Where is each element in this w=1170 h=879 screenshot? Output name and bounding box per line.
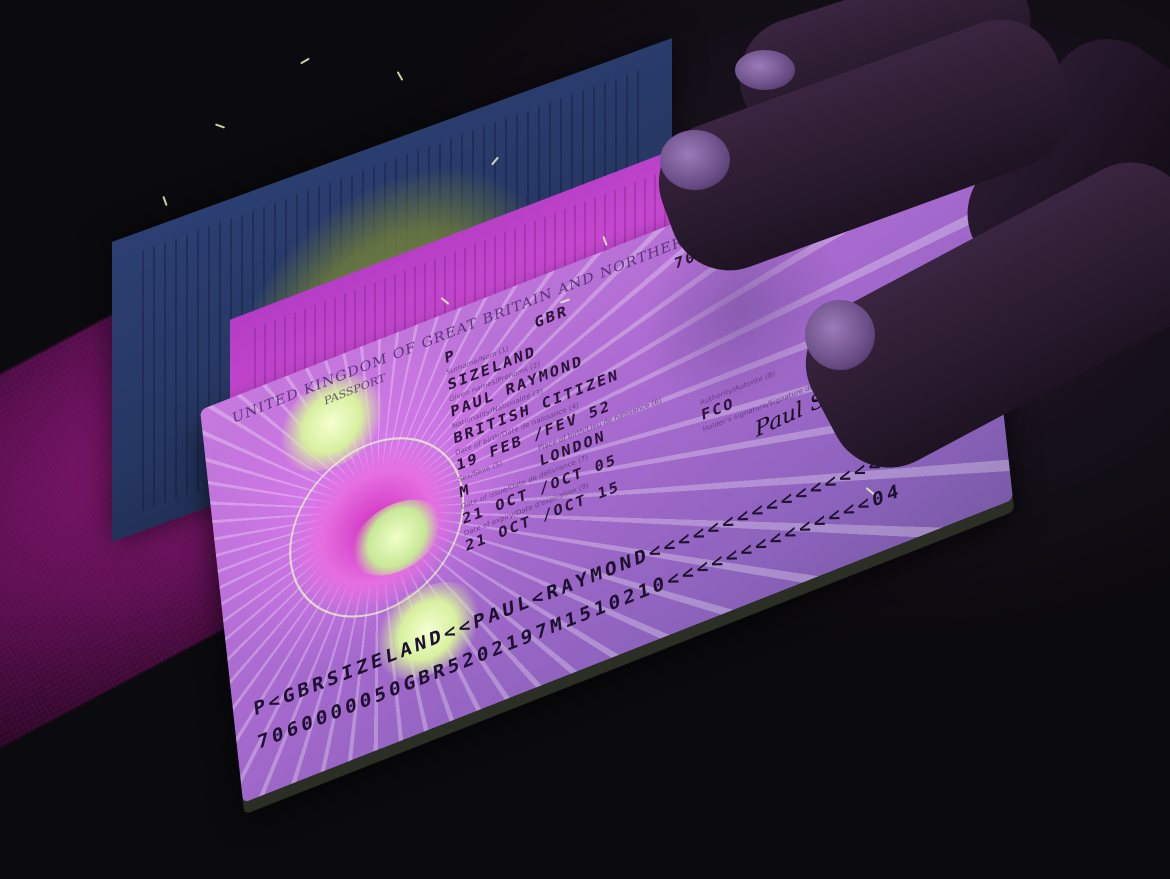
uv-fiber bbox=[397, 71, 404, 81]
uv-fiber bbox=[215, 123, 225, 128]
photo-scene: UNITED KINGDOM OF GREAT BRITAIN AND NORT… bbox=[0, 0, 1170, 879]
uv-fiber bbox=[162, 196, 167, 206]
thumbnail bbox=[805, 300, 875, 370]
uv-fiber bbox=[300, 58, 310, 65]
fingernail bbox=[660, 130, 730, 190]
fingernail bbox=[735, 50, 795, 90]
